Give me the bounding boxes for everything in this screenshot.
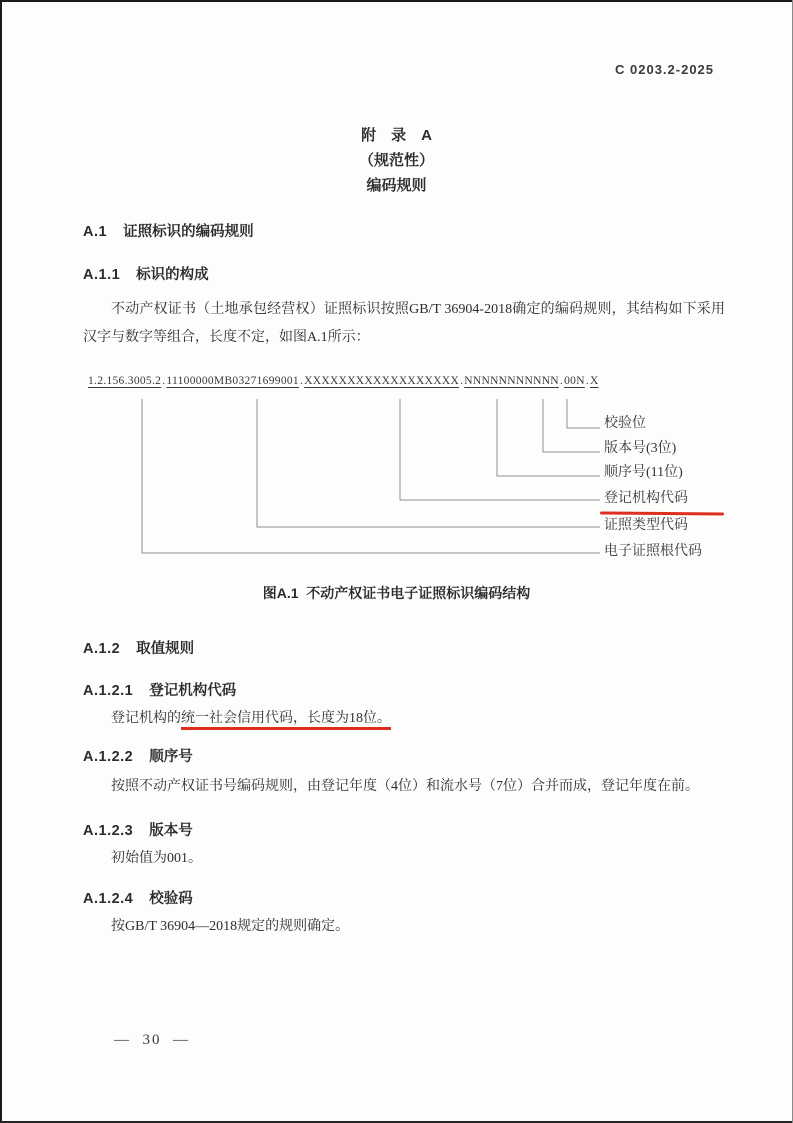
red-annotation-underline-body: 统一社会信用代码，长度为18位。 (181, 711, 391, 730)
figure-label-sequence: 顺序号(11位) (604, 461, 683, 481)
leader-line-root-code (142, 399, 600, 553)
figure-caption: 图A.1 不动产权证书电子证照标识编码结构 (0, 583, 793, 603)
leader-line-sequence (497, 399, 600, 476)
code-segment-check: X (590, 375, 599, 387)
section-number: A.1.2 (83, 641, 120, 657)
standard-number: C 0203.2-2025 (615, 62, 714, 77)
section-a11-heading: A.1.1标识的构成 (83, 263, 209, 284)
code-separator: . (300, 375, 303, 387)
paragraph-a122-body: 按照不动产权证书号编码规则，由登记年度（4位）和流水号（7位）合并而成，登记年度… (83, 773, 725, 801)
code-separator: . (560, 375, 563, 387)
section-number: A.1.2.1 (83, 683, 133, 699)
code-segment-root: 1.2.156.3005.2 (88, 375, 161, 387)
section-a12-heading: A.1.2取值规则 (83, 637, 194, 658)
code-segment-version: 00N (564, 375, 585, 387)
figure-label-root-code: 电子证照根代码 (604, 540, 702, 560)
doc-title: 编码规则 (0, 174, 793, 195)
leader-line-version (543, 399, 600, 452)
section-number: A.1.2.3 (83, 823, 133, 839)
code-segment-registry-org: XXXXXXXXXXXXXXXXXX (304, 375, 459, 387)
appendix-title: 附 录 A (0, 124, 793, 145)
code-separator: . (460, 375, 463, 387)
figure-label-registry-org-code: 登记机构代码 (604, 487, 688, 507)
document-page: C 0203.2-2025 附 录 A （规范性） 编码规则 A.1证照标识的编… (0, 0, 793, 1123)
section-title: 取值规则 (136, 641, 194, 657)
section-number: A.1.1 (83, 267, 120, 283)
body-text-prefix: 登记机构的 (111, 711, 181, 726)
section-number: A.1.2.2 (83, 749, 133, 765)
paragraph-a121-body: 登记机构的统一社会信用代码，长度为18位。 (83, 705, 725, 733)
figure-label-version: 版本号(3位) (604, 437, 676, 457)
section-title: 证照标识的编码规则 (123, 224, 254, 240)
leader-line-check-digit (567, 399, 600, 428)
section-number: A.1.2.4 (83, 891, 133, 907)
page-number: — 30 — (114, 1032, 190, 1049)
section-a122-heading: A.1.2.2顺序号 (83, 745, 193, 766)
section-title: 版本号 (149, 823, 193, 839)
code-separator: . (586, 375, 589, 387)
paragraph-a124-body: 按GB/T 36904—2018规定的规则确定。 (83, 913, 725, 941)
section-title: 顺序号 (149, 749, 193, 765)
normative-label: （规范性） (0, 149, 793, 170)
figure-label-cert-type-code: 证照类型代码 (604, 514, 688, 534)
section-a124-heading: A.1.2.4校验码 (83, 887, 193, 908)
code-segment-sequence: NNNNNNNNNNN (464, 375, 559, 387)
certificate-id-code: 1.2.156.3005.2.11100000MB03271699001.XXX… (88, 375, 599, 387)
section-a1-heading: A.1证照标识的编码规则 (83, 220, 254, 241)
section-number: A.1 (83, 224, 107, 240)
section-a121-heading: A.1.2.1登记机构代码 (83, 679, 236, 700)
leader-line-cert-type (257, 399, 600, 527)
section-title: 标识的构成 (136, 267, 209, 283)
code-segment-type: 11100000MB03271699001 (166, 375, 299, 387)
figure-label-check-digit: 校验位 (604, 412, 646, 432)
section-title: 校验码 (149, 891, 193, 907)
scan-border-top (0, 0, 793, 2)
leader-line-registry-org (400, 399, 600, 500)
section-title: 登记机构代码 (149, 683, 236, 699)
code-separator: . (162, 375, 165, 387)
paragraph-a11-body: 不动产权证书（土地承包经营权）证照标识按照GB/T 36904-2018确定的编… (83, 296, 725, 352)
paragraph-a123-body: 初始值为001。 (83, 845, 725, 873)
section-a123-heading: A.1.2.3版本号 (83, 819, 193, 840)
